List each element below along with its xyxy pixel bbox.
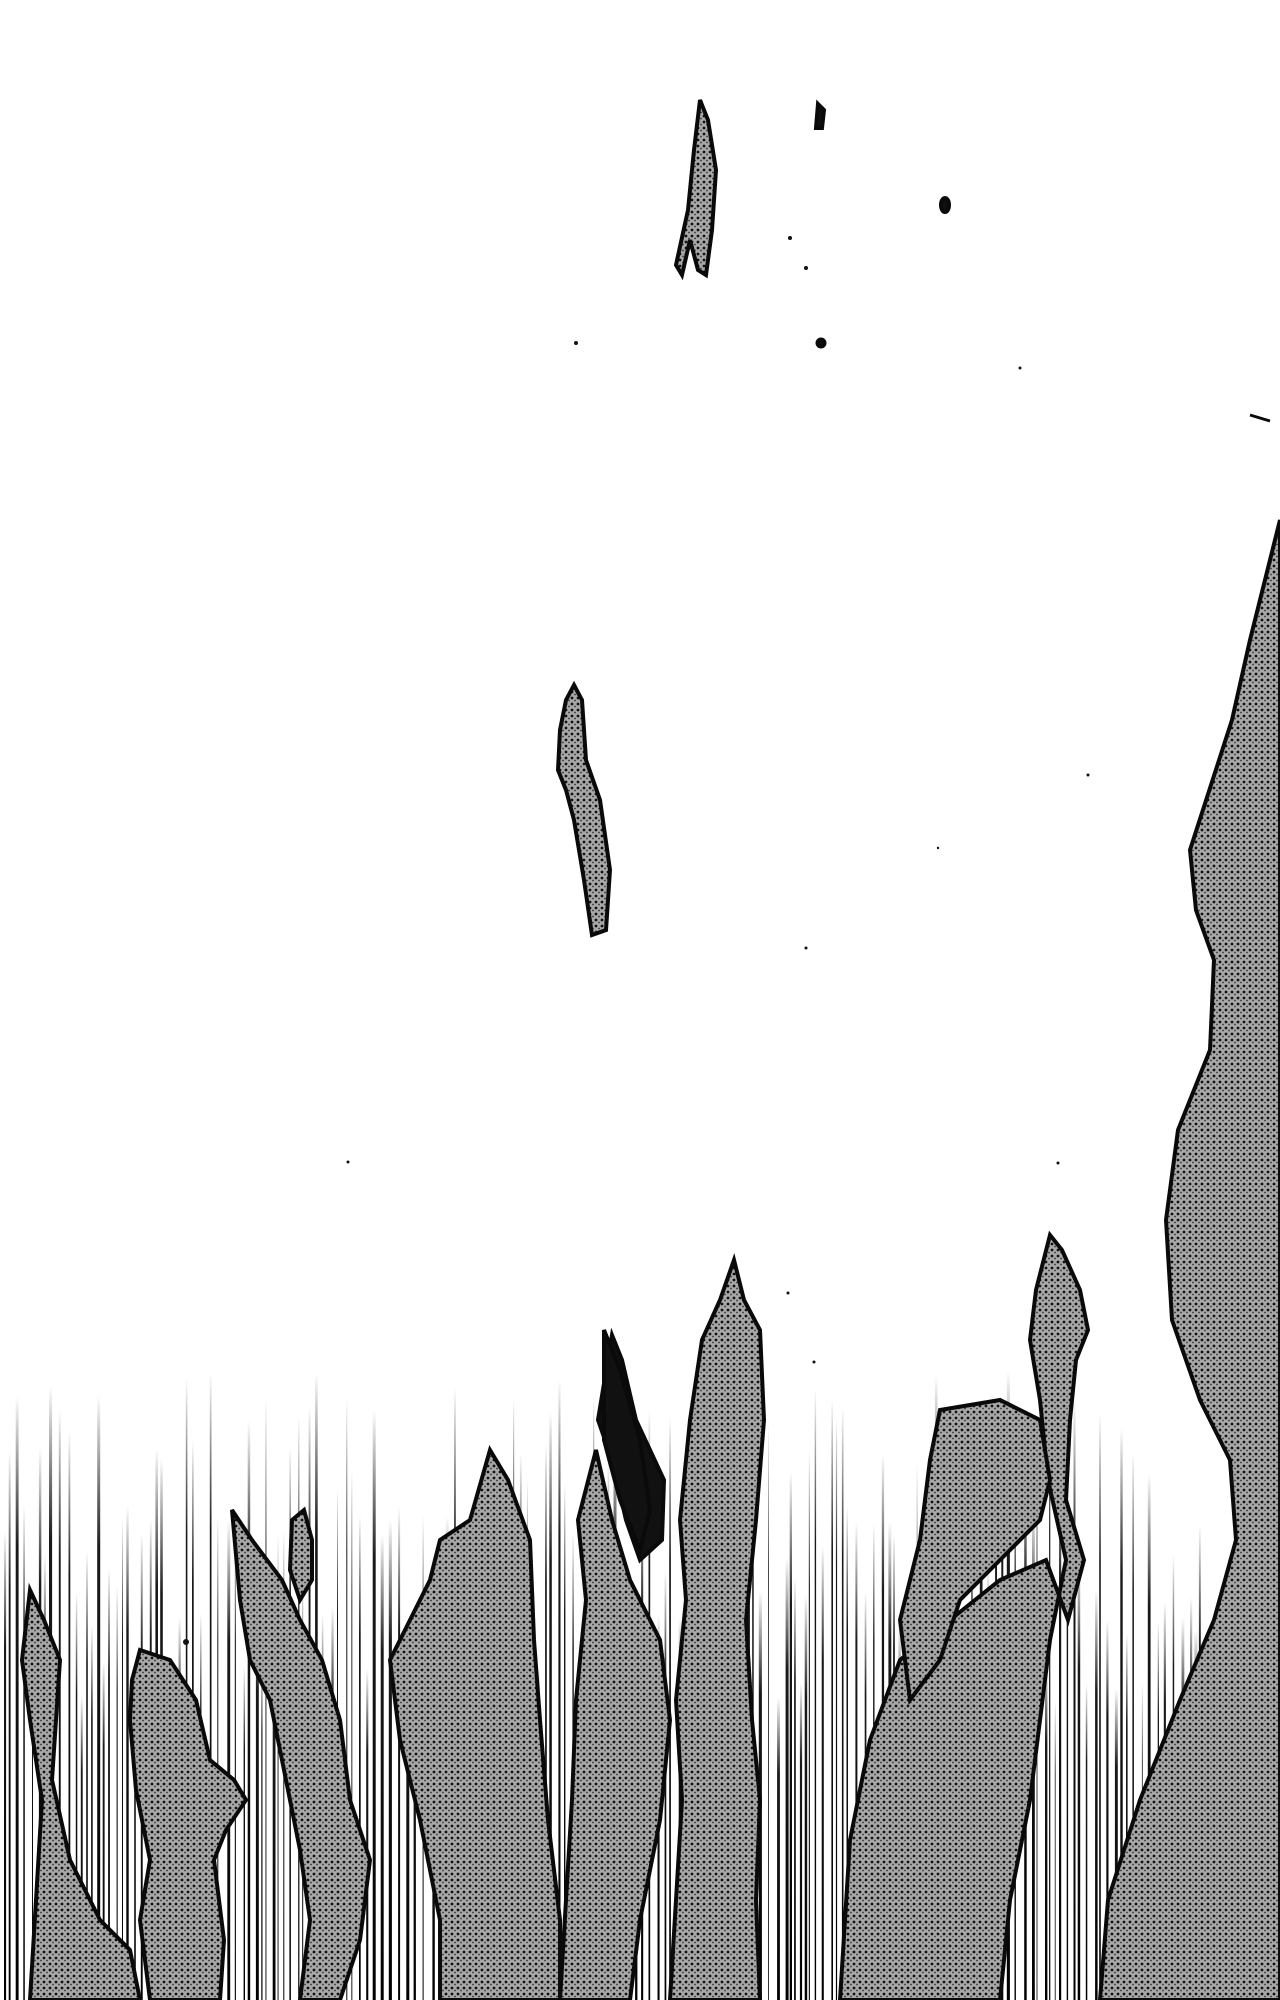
manga-flame-illustration <box>0 0 1280 2000</box>
